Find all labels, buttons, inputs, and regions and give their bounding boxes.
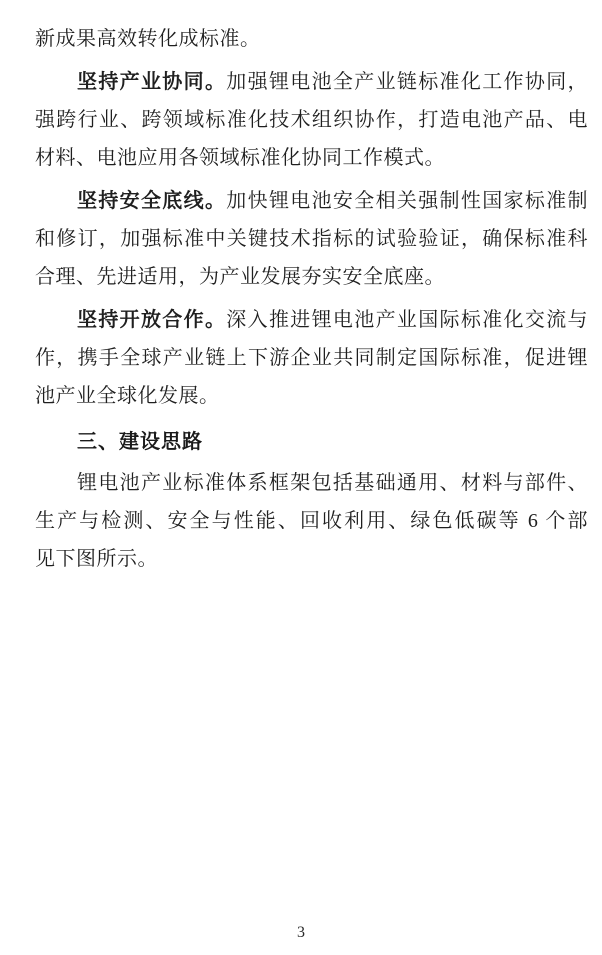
page-footer: 3 <box>0 920 602 946</box>
paragraph-line: 作，携手全球产业链上下游企业共同制定国际标准，促进锂电 <box>35 339 588 377</box>
paragraph-line: 坚持产业协同。加强锂电池全产业链标准化工作协同，加 <box>35 63 588 101</box>
paragraph-safety-baseline: 坚持安全底线。加快锂电池安全相关强制性国家标准制定 和修订，加强标准中关键技术指… <box>35 182 588 296</box>
paragraph-line: 锂电池产业标准体系框架包括基础通用、材料与部件、 <box>35 464 588 502</box>
paragraph-framework-overview: 锂电池产业标准体系框架包括基础通用、材料与部件、 生产与检测、安全与性能、回收利… <box>35 464 588 578</box>
paragraph-open-cooperation: 坚持开放合作。深入推进锂电池产业国际标准化交流与合 作，携手全球产业链上下游企业… <box>35 301 588 415</box>
paragraph-line: 生产与检测、安全与性能、回收利用、绿色低碳等 6 个部分， <box>35 502 588 540</box>
paragraph-line: 强跨行业、跨领域标准化技术组织协作，打造电池产品、电池 <box>35 101 588 139</box>
paragraph-continuation-line: 新成果高效转化成标准。 <box>35 20 588 58</box>
paragraph-industry-synergy: 坚持产业协同。加强锂电池全产业链标准化工作协同，加 强跨行业、跨领域标准化技术组… <box>35 63 588 177</box>
paragraph-lead: 坚持开放合作。 <box>77 309 226 331</box>
paragraph-line: 池产业全球化发展。 <box>35 377 588 415</box>
paragraph-line: 坚持安全底线。加快锂电池安全相关强制性国家标准制定 <box>35 182 588 220</box>
paragraph-lead: 坚持产业协同。 <box>77 71 226 93</box>
section-heading: 三、建设思路 <box>35 422 588 462</box>
paragraph-line: 见下图所示。 <box>35 540 588 578</box>
page-number: 3 <box>297 924 305 941</box>
document-body: 新成果高效转化成标准。 坚持产业协同。加强锂电池全产业链标准化工作协同，加 强跨… <box>35 20 588 578</box>
paragraph-line: 材料、电池应用各领域标准化协同工作模式。 <box>35 139 588 177</box>
paragraph-lead: 坚持安全底线。 <box>77 190 226 212</box>
document-page: 新成果高效转化成标准。 坚持产业协同。加强锂电池全产业链标准化工作协同，加 强跨… <box>0 0 602 955</box>
paragraph-line: 合理、先进适用，为产业发展夯实安全底座。 <box>35 258 588 296</box>
paragraph-line: 坚持开放合作。深入推进锂电池产业国际标准化交流与合 <box>35 301 588 339</box>
paragraph-line: 和修订，加强标准中关键技术指标的试验验证，确保标准科学 <box>35 220 588 258</box>
